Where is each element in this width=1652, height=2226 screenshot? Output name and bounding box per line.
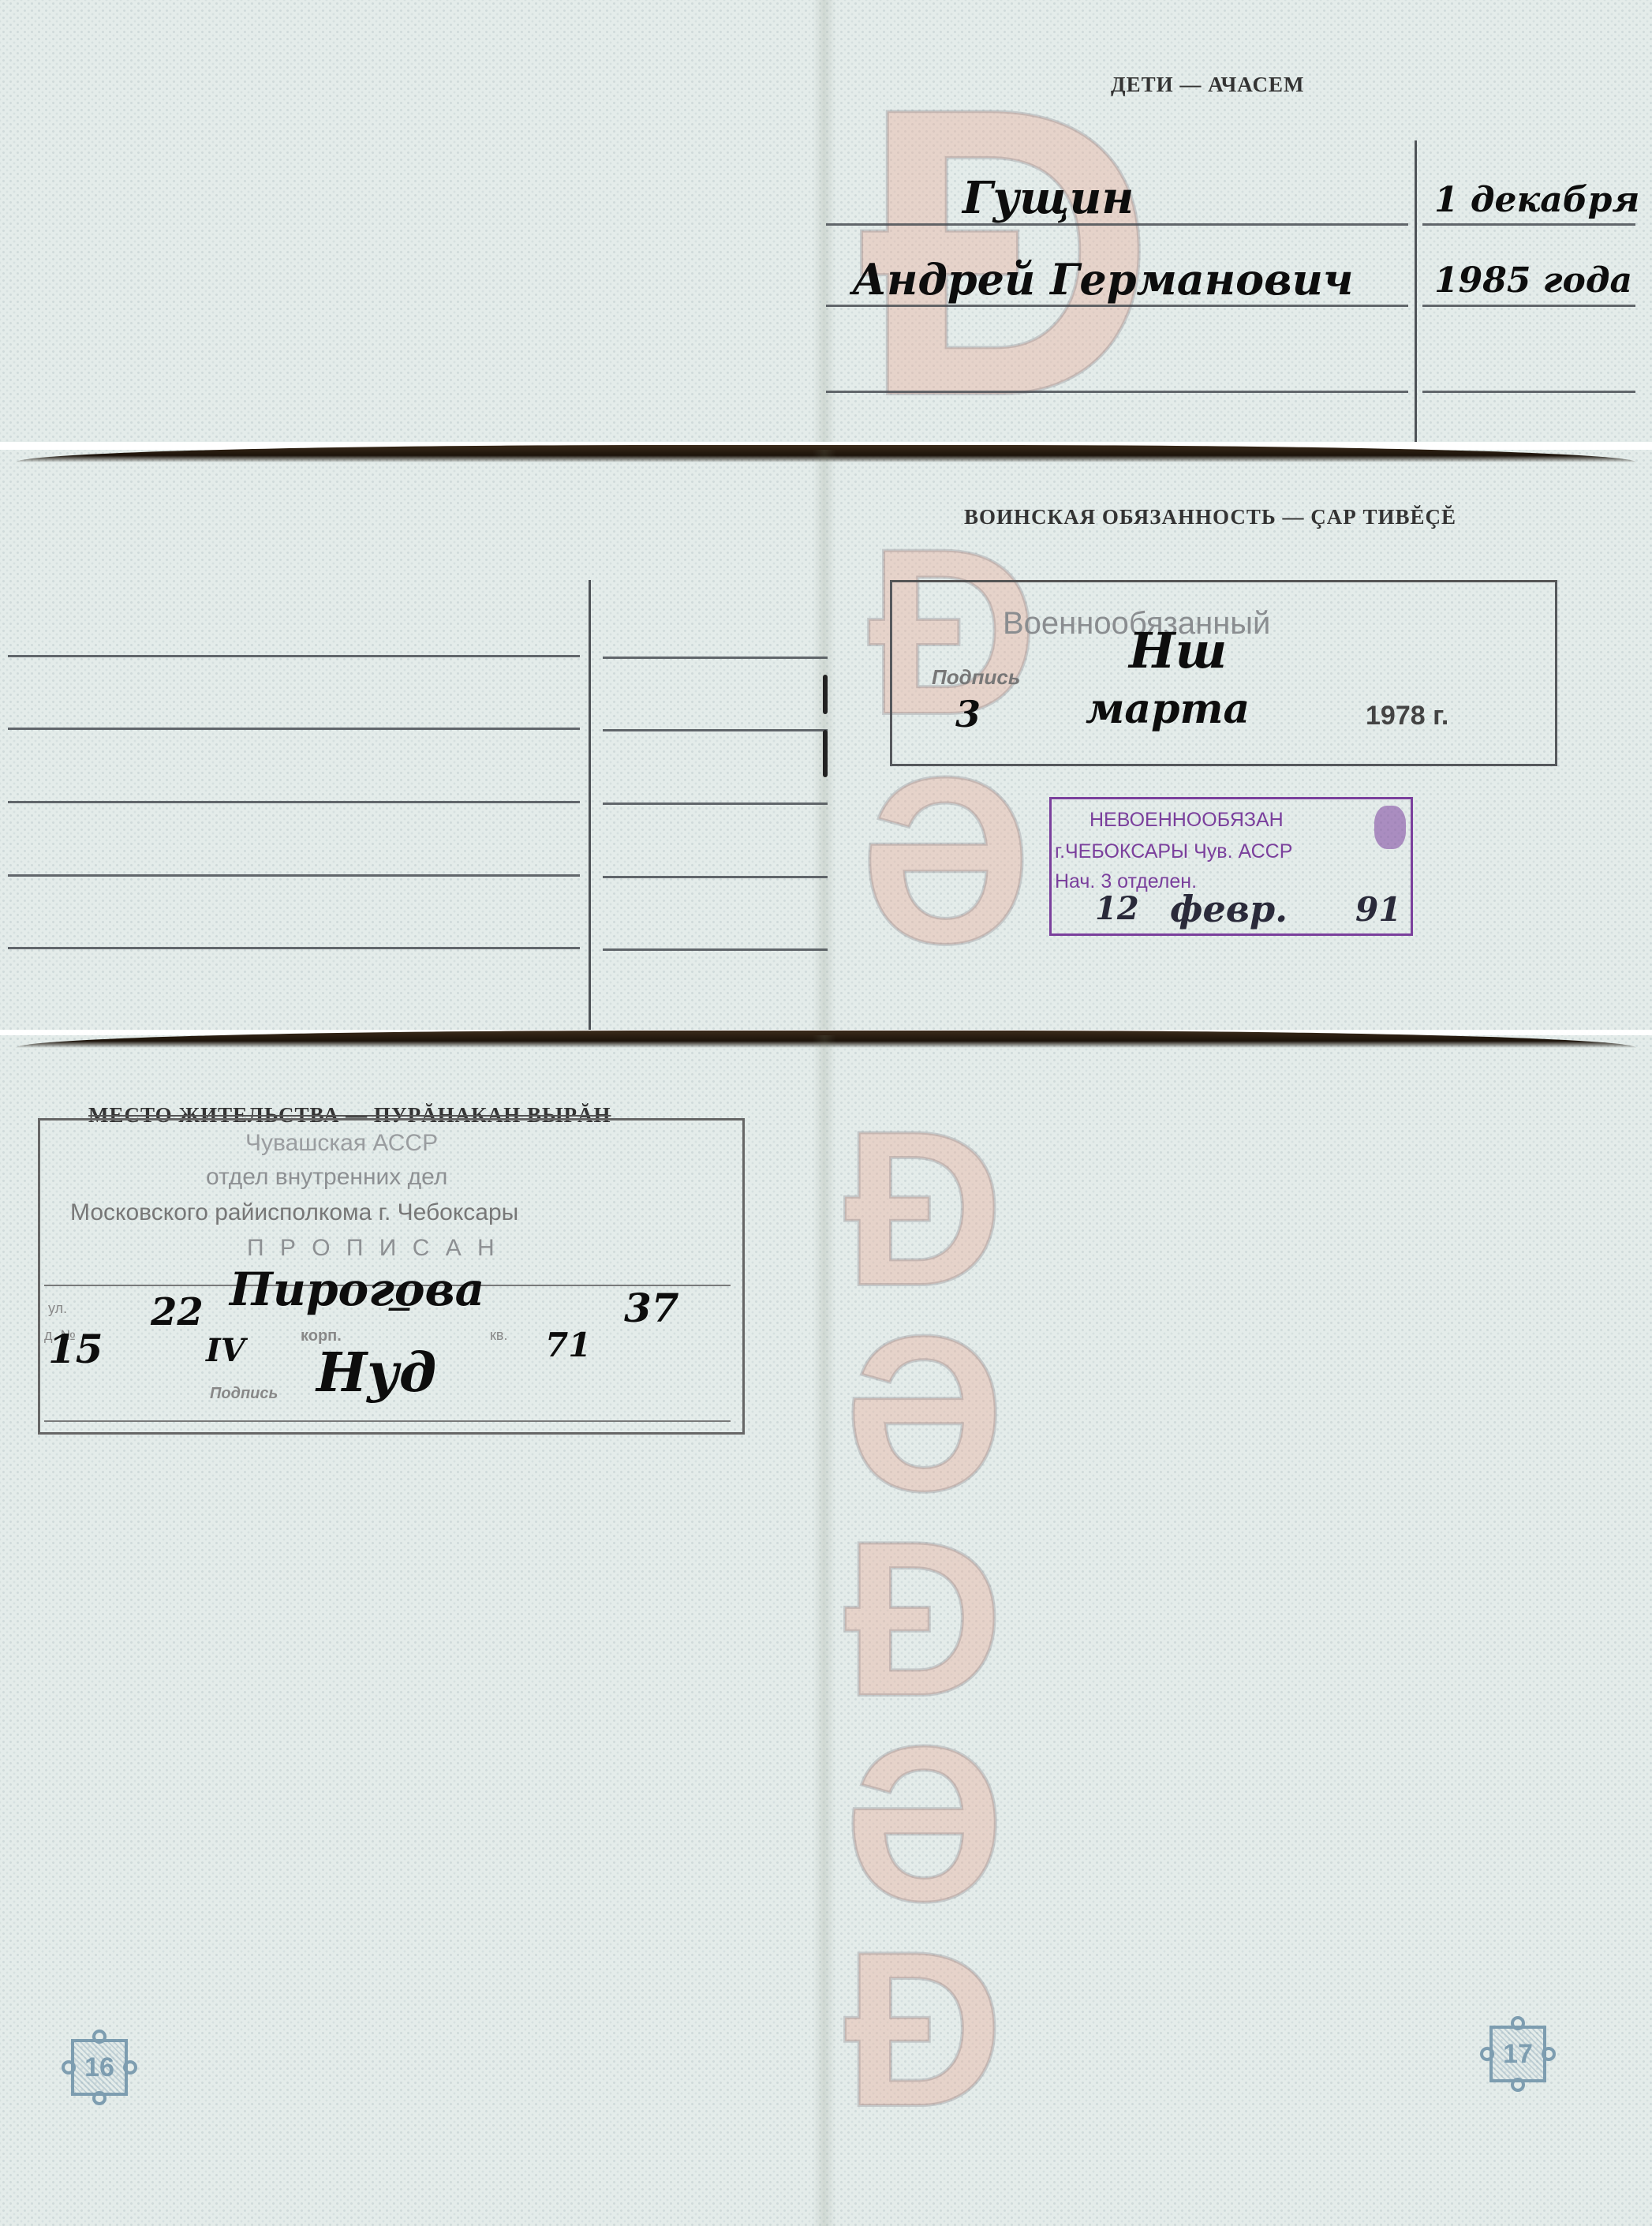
watermark-ornament: Ə: [860, 742, 1032, 978]
military-section-strip: Ð Ə ВОИНСКАЯ ОБЯЗАННОСТЬ — ÇАР ТИВĔÇĔ Во…: [0, 450, 1652, 1030]
table-line: [8, 801, 580, 803]
stamp-month: февр.: [1170, 888, 1288, 930]
table-line: [1422, 305, 1635, 307]
page-number-16: 16: [63, 2031, 136, 2104]
column-divider: [1415, 140, 1417, 442]
stamp-day: 3: [955, 693, 981, 735]
korp-value: —: [387, 1294, 411, 1322]
stamp-line-3: Московского райисполкома г. Чебоксары: [70, 1199, 518, 1226]
watermark-ornament: Ð: [844, 1509, 1004, 1730]
round-seal-fragment: [1374, 806, 1406, 849]
residence-section-strip: МЕСТО ЖИТЕЛЬСТВА — ПУРĂНАКАН ВЫРĂН Чуваш…: [0, 1035, 1652, 2226]
stamp-line-1: НЕВОЕННООБЯЗАН: [1089, 809, 1284, 832]
military-registration-stamp: Военнообязанный Подпись Нш 3 марта 1978 …: [890, 580, 1557, 766]
page-number-label: 16: [71, 2039, 128, 2096]
child-given-names: Андрей Германович: [852, 254, 1354, 305]
staple: [823, 730, 828, 777]
children-section-strip: Ð ДЕТИ — АЧАСЕМ Гущин Андрей Германович …: [0, 0, 1652, 442]
watermark-ornament: Ə: [844, 1714, 1004, 1935]
staple: [823, 675, 828, 714]
table-line: [826, 305, 1408, 307]
officer-signature: Нш: [1129, 622, 1227, 679]
children-heading: ДЕТИ — АЧАСЕМ: [1111, 73, 1304, 97]
table-line: [1422, 391, 1635, 393]
stamp-line-2: отдел внутренних дел: [206, 1164, 447, 1191]
kv-label: кв.: [490, 1327, 507, 1344]
table-line: [8, 728, 580, 730]
stamp-year: 1978 г.: [1366, 701, 1448, 731]
registration-day: 15: [48, 1326, 103, 1372]
spine: [813, 1035, 836, 2226]
registration-year: 71: [545, 1326, 591, 1364]
non-military-stamp: НЕВОЕННООБЯЗАН г.ЧЕБОКСАРЫ Чув. АССР Нач…: [1049, 797, 1413, 936]
street-name: Пирогова: [230, 1263, 484, 1316]
signature-label: Подпись: [210, 1385, 278, 1403]
column-divider: [589, 580, 591, 1030]
table-line: [603, 948, 828, 951]
table-line: [826, 391, 1408, 393]
apartment-number: 37: [624, 1285, 679, 1331]
table-line: [603, 729, 828, 731]
table-line: [8, 874, 580, 877]
table-line: [603, 802, 828, 805]
stamp-month: марта: [1086, 685, 1250, 733]
child-surname: Гущин: [962, 172, 1134, 224]
watermark-ornament: Ð: [844, 1919, 1004, 2140]
child-birth-day: 1 декабря: [1434, 180, 1639, 220]
house-number: 22: [151, 1290, 204, 1334]
child-birth-year: 1985 года: [1434, 260, 1632, 301]
page-number-17: 17: [1482, 2018, 1554, 2090]
page-number-label: 17: [1489, 2026, 1546, 2082]
street-label: ул.: [48, 1300, 67, 1317]
watermark-ornament: Ð: [860, 47, 1157, 458]
table-line: [8, 655, 580, 657]
official-signature: Нуд: [316, 1341, 436, 1405]
form-line: [44, 1420, 731, 1422]
table-line: [1422, 223, 1635, 226]
stamp-line-2: г.ЧЕБОКСАРЫ Чув. АССР: [1055, 840, 1292, 863]
watermark-ornament: Ð: [844, 1098, 1004, 1319]
registration-stamp: Чувашская АССР отдел внутренних дел Моск…: [38, 1118, 745, 1435]
stamp-line-1: Чувашская АССР: [245, 1130, 438, 1157]
table-line: [603, 876, 828, 878]
watermark-ornament: Ə: [844, 1304, 1004, 1525]
stamp-year: 91: [1355, 890, 1401, 929]
table-line: [603, 657, 828, 659]
registration-month: IV: [206, 1332, 245, 1369]
stamp-day: 12: [1095, 890, 1139, 927]
stamp-line-4: П Р О П И С А Н: [247, 1235, 499, 1262]
signature-label: Подпись: [932, 665, 1020, 690]
table-line: [8, 947, 580, 949]
military-heading: ВОИНСКАЯ ОБЯЗАННОСТЬ — ÇАР ТИВĔÇĔ: [964, 505, 1456, 529]
left-page: [0, 0, 824, 442]
